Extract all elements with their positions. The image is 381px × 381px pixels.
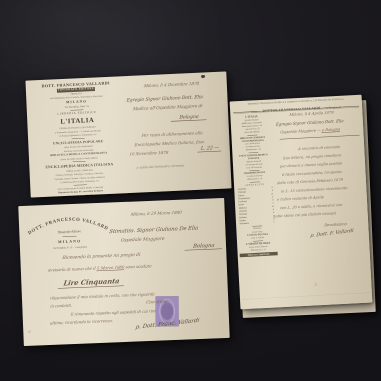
photo-backdrop: DOTT. FRANCESCO VALLARDITIPOGRAFO-EDITOR… <box>0 0 381 381</box>
price-list: Anatomia 8 Chirurgia 6 Clinica 10 Dermat… <box>236 186 276 226</box>
addressee-city: Bologna <box>185 242 223 251</box>
closing-salutation: Con stima <box>146 299 168 305</box>
price-item-name: Veterinaria <box>239 222 248 226</box>
handwriting-line: Ricevendo la presente mi pregio di <box>62 252 141 260</box>
price-item-value: 5 <box>273 221 274 224</box>
date-line: Milano, li 29 Marzo 1880 <box>130 210 182 217</box>
closing-salutation: Devotissimo <box>324 222 347 228</box>
column-line: PREZZO CORRENTE <box>240 252 278 257</box>
addressee-city: Bologna <box>171 113 207 121</box>
footnote: a saldo del trimestre corrente <box>136 163 184 169</box>
document-letter-right: PREMIATA TIPOGRAFIA EDITRICE E LIBRERIA … <box>230 95 373 310</box>
address-underline <box>280 135 360 140</box>
amount-due: L. 22 — <box>197 145 222 153</box>
handwriting-line: rilasciandone il mio modulo in carta, co… <box>50 292 155 301</box>
letterhead-line <box>74 184 87 185</box>
handwritten-body: Per resto di abbonamento allaEnciclopedi… <box>133 128 207 158</box>
pencil-mark: 5 <box>314 282 317 287</box>
ink-mark <box>201 75 205 78</box>
handwritten-body: A riscontro di venerataSua lettera, mi p… <box>272 141 371 221</box>
underlined-date: 5 Marzo 1880 <box>97 265 125 271</box>
document-receipt-top-left: DOTT. FRANCESCO VALLARDITIPOGRAFO-EDITOR… <box>25 72 231 198</box>
amount-in-words: Lire Cinquanta <box>58 277 125 289</box>
addressee-title: Medico all'Ospedale Maggiore di <box>133 104 203 112</box>
line-part: Ospedale Maggiore — <box>280 128 321 135</box>
line-part: avvisarla di nuovo che il <box>48 266 96 272</box>
addressee-city: a Bologna <box>322 127 341 133</box>
date-line: Milano, li 4 Aprile 1879 <box>289 110 334 117</box>
date-line: Milano, li 4 Dicembre 1878 <box>143 81 199 89</box>
addressee-title: Ospedale Maggiore — a Bologna <box>280 127 340 135</box>
letterhead-line <box>70 110 83 111</box>
handwriting-line: in contanti. <box>50 303 72 308</box>
pencil-mark: 6. <box>28 330 32 334</box>
document-letter-bottom-left: DOTT. FRANCESCO VALLARDI Tipografo-Edito… <box>18 198 229 346</box>
addressee-name: Egregio Signor Giuliano Dott. Elia <box>276 119 344 127</box>
paper-fold-crease <box>240 292 372 300</box>
handwriting-line: ultimo; ricordando la ricorrenza. <box>50 318 114 325</box>
letterhead-address: Via Disciplini, N. 15 — Casa propria <box>25 244 115 250</box>
line-part: sono scadute <box>125 264 151 270</box>
publications-column: L'ITALIAgiornale illustratopubblicazione… <box>232 114 277 257</box>
addressee-title: Ospedale Maggiore <box>120 236 164 243</box>
letterhead-line <box>73 161 86 162</box>
letterhead-line <box>72 138 85 139</box>
publications-footer: MILANOpresso i libraiE UFFICI POSTALIDot… <box>238 225 278 258</box>
addressee-name: Egregio Signor Giuliano Dott. Elia <box>126 95 203 104</box>
publications-list: L'ITALIAgiornale illustratopubblicazione… <box>232 114 274 187</box>
addressee-name: Stimatiss. Signor Giuliano De Elia <box>109 225 199 235</box>
handwriting-line: avvisarla di nuovo che il 5 Marzo 1880 s… <box>48 264 152 273</box>
letterhead-column: DOTT. FRANCESCO VALLARDITIPOGRAFO-EDITOR… <box>32 79 125 198</box>
signature: p. Dott. F. Vallardi <box>310 228 354 239</box>
